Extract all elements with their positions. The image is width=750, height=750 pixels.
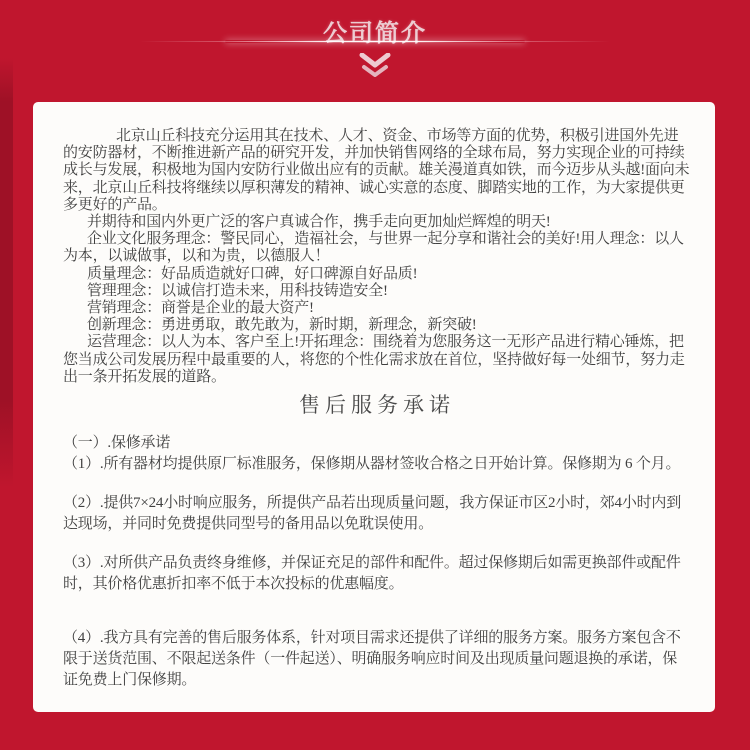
content-panel: 北京山丘科技充分运用其在技术、人才、资金、市场等方面的优势，积极引进国外先进的安…	[33, 102, 715, 712]
promo-page: 公司简介 北京山丘科技充分运用其在技术、人才、资金、市场等方面的优势，积极引进国…	[0, 0, 750, 750]
intro-paragraph: 管理理念：以诚信打造未来，用科技铸造安全!	[63, 283, 691, 300]
intro-paragraph: 创新理念：勇进勇取，敢先敢为，新时期，新理念，新突破!	[63, 317, 691, 334]
service-item: （2）.提供7×24小时响应服务，所提供产品若出现质量问题，我方保证市区2小时，…	[63, 493, 691, 535]
intro-paragraph: 并期待和国内外更广泛的客户真诚合作，携手走向更加灿烂辉煌的明天!	[63, 214, 691, 231]
service-item: （一）.保修承诺	[63, 432, 691, 454]
intro-paragraph: 北京山丘科技充分运用其在技术、人才、资金、市场等方面的优势，积极引进国外先进的安…	[63, 128, 691, 214]
divider-flare-glow	[225, 40, 525, 43]
service-item: （4）.我方具有完善的售后服务体系，针对项目需求还提供了详细的服务方案。服务方案…	[63, 628, 691, 691]
chevron-down-icon	[359, 53, 391, 79]
intro-paragraph: 质量理念：好品质造就好口碑，好口碑源自好品质!	[63, 266, 691, 283]
service-item: （1）.所有器材均提供原厂标准服务，保修期从器材签收合格之日开始计算。保修期为 …	[63, 454, 691, 475]
company-intro: 北京山丘科技充分运用其在技术、人才、资金、市场等方面的优势，积极引进国外先进的安…	[63, 128, 691, 386]
intro-paragraph: 企业文化服务理念：警民同心，造福社会，与世界一起分享和谐社会的美好!用人理念：以…	[63, 231, 691, 265]
left-edge-shadow	[0, 58, 13, 488]
service-section: （一）.保修承诺 （1）.所有器材均提供原厂标准服务，保修期从器材签收合格之日开…	[63, 432, 691, 691]
intro-paragraph: 营销理念：商誉是企业的最大资产!	[63, 300, 691, 317]
section-header: 公司简介	[0, 0, 750, 102]
intro-paragraph: 运营理念：以人为本、客户至上!开拓理念：围绕着为您服务这一无形产品进行精心锤炼，…	[63, 334, 691, 386]
service-heading: 售后服务承诺	[63, 389, 691, 419]
service-item: （3）.对所供产品负责终身维修，并保证充足的部件和配件。超过保修期后如需更换部件…	[63, 553, 691, 595]
